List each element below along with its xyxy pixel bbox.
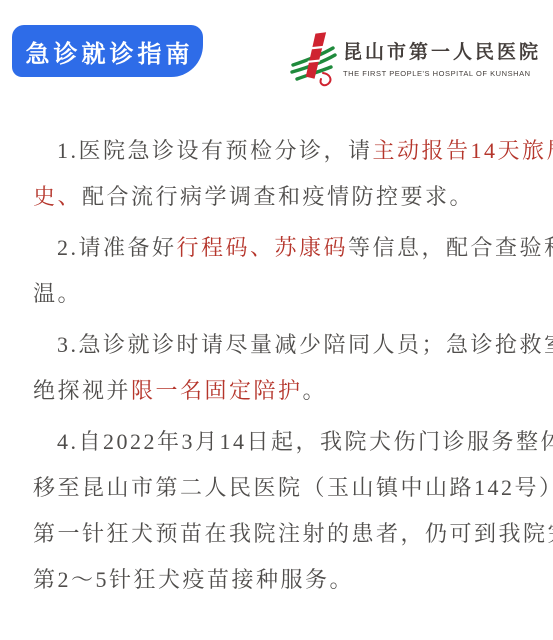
text-segment: 绝探视并 (33, 378, 131, 403)
text-line: 3.急诊就诊时请尽量减少陪同人员；急诊抢救室谢 (33, 322, 527, 368)
notice-paragraph: 4.自2022年3月14日起，我院犬伤门诊服务整体迁移至昆山市第二人民医院（玉山… (33, 419, 527, 603)
text-segment: 配合流行病学调查和疫情防控要求。 (82, 184, 474, 209)
highlighted-text: 限一名固定陪护 (131, 378, 303, 403)
text-line: 4.自2022年3月14日起，我院犬伤门诊服务整体迁 (33, 419, 527, 465)
text-segment: 第2～5针狂犬疫苗接种服务。 (33, 567, 354, 592)
text-line: 史、配合流行病学调查和疫情防控要求。 (33, 174, 527, 220)
hospital-logo-text: 昆山市第一人民医院 THE FIRST PEOPLE'S HOSPITAL OF… (343, 41, 541, 78)
text-line: 绝探视并限一名固定陪护。 (33, 368, 527, 414)
hospital-name: 昆山市第一人民医院 (343, 41, 541, 65)
text-line: 2.请准备好行程码、苏康码等信息，配合查验和测 (33, 225, 527, 271)
text-line: 第一针狂犬预苗在我院注射的患者，仍可到我院完成 (33, 511, 527, 557)
notice-body: 1.医院急诊设有预检分诊，请主动报告14天旅居史、配合流行病学调查和疫情防控要求… (33, 128, 527, 608)
notice-paragraph: 2.请准备好行程码、苏康码等信息，配合查验和测温。 (33, 225, 527, 317)
highlighted-text: 史、 (33, 184, 82, 209)
text-segment: 2.请准备好 (57, 235, 177, 260)
highlighted-text: 主动报告14天旅居 (373, 138, 553, 163)
text-segment: 。 (303, 378, 328, 403)
notice-paragraph: 3.急诊就诊时请尽量减少陪同人员；急诊抢救室谢绝探视并限一名固定陪护。 (33, 322, 527, 414)
text-line: 1.医院急诊设有预检分诊，请主动报告14天旅居 (33, 128, 527, 174)
hospital-logo-icon (290, 28, 338, 90)
text-line: 移至昆山市第二人民医院（玉山镇中山路142号）。原 (33, 465, 527, 511)
page-title: 急诊就诊指南 (22, 34, 194, 69)
text-line: 第2～5针狂犬疫苗接种服务。 (33, 557, 527, 603)
text-segment: 3.急诊就诊时请尽量减少陪同人员；急诊抢救室谢 (57, 332, 553, 357)
text-segment: 4.自2022年3月14日起，我院犬伤门诊服务整体迁 (57, 429, 553, 454)
title-badge: 急诊就诊指南 (12, 25, 203, 77)
text-segment: 1.医院急诊设有预检分诊，请 (57, 138, 373, 163)
text-segment: 等信息，配合查验和测 (348, 235, 553, 260)
notice-paragraph: 1.医院急诊设有预检分诊，请主动报告14天旅居史、配合流行病学调查和疫情防控要求… (33, 128, 527, 220)
text-line: 温。 (33, 271, 527, 317)
hospital-name-english: THE FIRST PEOPLE'S HOSPITAL OF KUNSHAN (343, 69, 541, 78)
text-segment: 第一针狂犬预苗在我院注射的患者，仍可到我院完成 (33, 521, 553, 546)
highlighted-text: 行程码、苏康码 (177, 235, 349, 260)
notice-page: 急诊就诊指南 昆山市第一人民医院 THE FIRST PEOPLE'S HOSP… (0, 0, 553, 640)
hospital-logo: 昆山市第一人民医院 THE FIRST PEOPLE'S HOSPITAL OF… (290, 28, 541, 90)
text-segment: 温。 (33, 281, 82, 306)
text-segment: 移至昆山市第二人民医院（玉山镇中山路142号）。原 (33, 475, 553, 500)
